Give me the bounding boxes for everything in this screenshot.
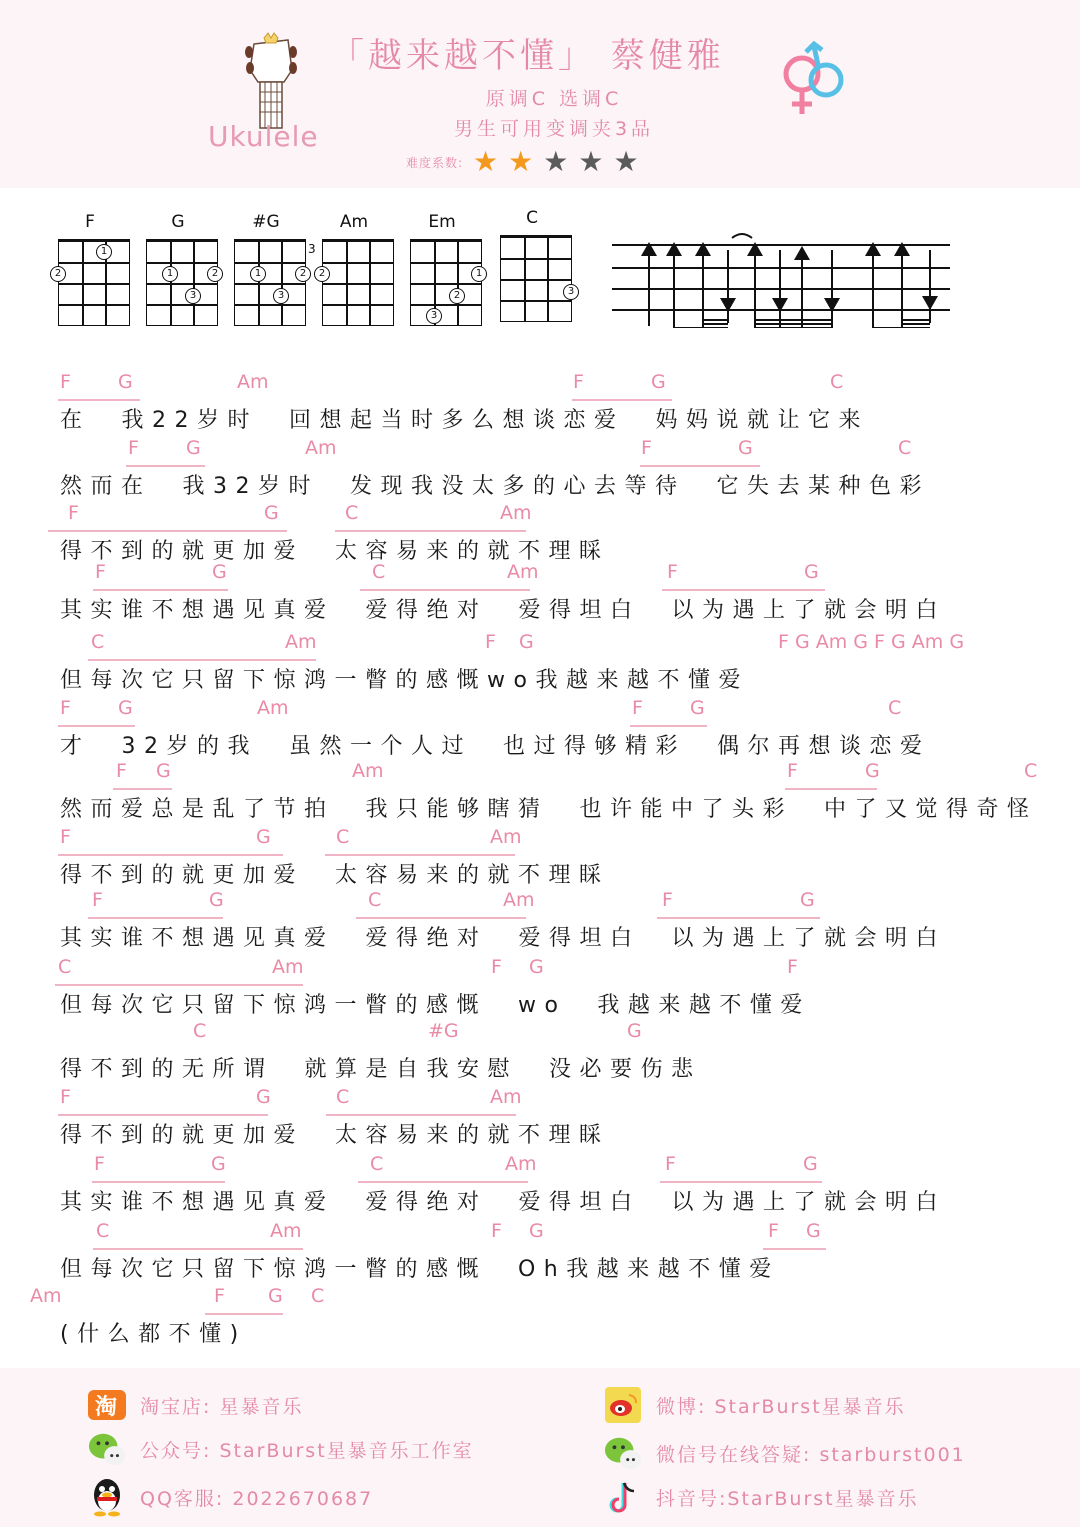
capo-info: 男生可用变调夹3品 xyxy=(14,114,1080,141)
chord-label: G xyxy=(519,631,534,653)
lyric-line: 得不到的就更加爱 太容易来的就不理睬 xyxy=(60,1118,610,1149)
lyric-line: 然而爱总是乱了节拍 我只能够瞎猜 也许能中了头彩 中了又觉得奇怪 xyxy=(60,792,1037,823)
chord-label: G xyxy=(211,1153,226,1175)
chord-label: Am xyxy=(505,1153,537,1175)
star-icon: ★ xyxy=(613,148,638,176)
lyric-line: 但每次它只留下惊鸿一瞥的感慨 Oh我越来越不懂爱 xyxy=(60,1252,780,1283)
finger-dot: 3 xyxy=(185,288,201,304)
chord-label: F xyxy=(768,1220,779,1242)
chord-name: Em xyxy=(402,212,482,232)
star-icon: ★ xyxy=(473,148,498,176)
qq-icon xyxy=(88,1478,126,1516)
contact-label: 淘宝店: 星暴音乐 xyxy=(140,1392,303,1419)
contact-douyin: 抖音号:StarBurst星暴音乐 xyxy=(604,1478,919,1516)
chord-label: C xyxy=(311,1285,324,1307)
chord-underline xyxy=(325,854,515,856)
chord-label: F xyxy=(485,631,496,653)
finger-dot: 1 xyxy=(96,244,112,260)
chord-underline xyxy=(58,1114,268,1116)
chord-name: F xyxy=(50,212,130,232)
chord-label: G xyxy=(738,437,753,459)
finger-dot: 3 xyxy=(426,308,442,324)
chord-label: #G xyxy=(428,1020,459,1042)
star-icon: ★ xyxy=(578,148,603,176)
chord-label: F xyxy=(214,1285,225,1307)
chord-diagrams: F 1 2 G 1 2 3 #G 1 2 3 3 Am xyxy=(50,212,610,332)
chord-underline xyxy=(763,1248,826,1250)
chord-label: G xyxy=(627,1020,642,1042)
sheet-header: Ukulele 「越来越不懂」 蔡健雅 原调C 选调C 男生可用变调夹3品 难度… xyxy=(0,0,1080,188)
chord-label: G xyxy=(804,561,819,583)
chord-underline xyxy=(785,788,877,790)
star-icon: ★ xyxy=(543,148,568,176)
douyin-icon xyxy=(604,1478,642,1516)
chord-label: Am xyxy=(285,631,317,653)
taobao-icon: 淘 xyxy=(88,1386,126,1424)
finger-dot: 2 xyxy=(50,266,66,282)
chord-diagram-gsharp: #G 1 2 3 3 xyxy=(226,212,306,327)
fretboard-grid: 1 2 3 xyxy=(410,239,482,326)
wechat-icon xyxy=(604,1434,642,1472)
chord-label: F xyxy=(68,502,79,524)
chord-label: C xyxy=(193,1020,206,1042)
fretboard-grid: 1 2 3 xyxy=(234,239,306,326)
chord-label: G xyxy=(209,889,224,911)
chord-label: F xyxy=(128,437,139,459)
chord-underline xyxy=(58,854,283,856)
chord-diagram-g: G 1 2 3 xyxy=(138,212,218,327)
svg-text:淘: 淘 xyxy=(95,1394,119,1420)
contact-wechat-official: 公众号: StarBurst星暴音乐工作室 xyxy=(88,1430,474,1468)
chord-label: G xyxy=(803,1153,818,1175)
chord-label: Am xyxy=(507,561,539,583)
chord-label: G xyxy=(156,760,171,782)
chord-label: Am xyxy=(237,371,269,393)
chord-label: C xyxy=(372,561,385,583)
wechat-icon xyxy=(88,1430,126,1468)
chord-label: Am xyxy=(257,697,289,719)
contact-taobao: 淘 淘宝店: 星暴音乐 xyxy=(88,1386,303,1424)
chord-label: G xyxy=(118,371,133,393)
chord-diagram-em: Em 1 2 3 xyxy=(402,212,482,327)
contact-qq: QQ客服: 2022670687 xyxy=(88,1478,373,1516)
chord-label: F xyxy=(95,561,106,583)
lyric-line: 得不到的无所谓 就算是自我安慰 没必要伤悲 xyxy=(60,1052,701,1083)
chord-label: G xyxy=(690,697,705,719)
chord-name: #G xyxy=(226,212,306,232)
contact-weibo: 微博: StarBurst星暴音乐 xyxy=(604,1386,906,1424)
chord-underline xyxy=(572,399,672,401)
chord-underline xyxy=(360,589,530,591)
chord-underline xyxy=(113,788,172,790)
finger-dot: 3 xyxy=(273,288,289,304)
chord-label: C xyxy=(370,1153,383,1175)
chord-underline xyxy=(356,917,526,919)
chord-underline xyxy=(657,917,820,919)
strum-pattern xyxy=(612,228,950,328)
fretboard-grid: 3 xyxy=(500,235,572,322)
chord-label: G xyxy=(529,956,544,978)
chord-label: C xyxy=(58,956,71,978)
chord-label: Am xyxy=(270,1220,302,1242)
chord-diagram-am: Am 2 xyxy=(314,212,394,327)
chord-underline xyxy=(662,589,825,591)
chord-underline xyxy=(205,1313,283,1315)
chord-label: Am xyxy=(352,760,384,782)
chord-label: F xyxy=(662,889,673,911)
finger-dot: 2 xyxy=(207,266,223,282)
chord-label: G xyxy=(529,1220,544,1242)
chord-label: F xyxy=(667,561,678,583)
lyric-line: 但每次它只留下惊鸿一瞥的感慨wo我越来越不懂爱 xyxy=(60,663,749,694)
chord-label: G xyxy=(256,826,271,848)
star-icon: ★ xyxy=(508,148,533,176)
chord-label: C xyxy=(345,502,358,524)
chord-underline xyxy=(335,530,526,532)
chord-label: F xyxy=(60,697,71,719)
chord-label: F xyxy=(491,1220,502,1242)
chord-label: F xyxy=(787,956,798,978)
chord-label: C xyxy=(898,437,911,459)
chord-underline xyxy=(58,399,140,401)
chord-label: Am xyxy=(30,1285,62,1307)
chord-label: F xyxy=(94,1153,105,1175)
chord-diagram-c: C 3 xyxy=(492,212,572,327)
chord-label: C xyxy=(1024,760,1037,782)
lyric-line: 然而在 我32岁时 发现我没太多的心去等待 它失去某种色彩 xyxy=(60,469,930,500)
chord-underline xyxy=(58,725,135,727)
chord-underline xyxy=(326,1114,516,1116)
chord-label: Am xyxy=(503,889,535,911)
chord-label: G xyxy=(212,561,227,583)
fretboard-grid: 2 xyxy=(322,239,394,326)
finger-dot: 2 xyxy=(314,266,330,282)
chord-label: G xyxy=(256,1086,271,1108)
fretboard-grid: 1 2 3 xyxy=(146,239,218,326)
lyric-line: 才 32岁的我 虽然一个人过 也过得够精彩 偶尔再想谈恋爱 xyxy=(60,729,930,760)
chord-underline xyxy=(93,589,228,591)
chord-label: G xyxy=(268,1285,283,1307)
finger-dot: 2 xyxy=(295,266,311,282)
sheet-footer: 淘 淘宝店: 星暴音乐 公众号: StarBurst星暴音乐工作室 QQ客服: … xyxy=(0,1368,1080,1527)
difficulty-rating: 难度系数: ★ ★ ★ ★ ★ xyxy=(406,148,639,176)
chord-label: Am xyxy=(305,437,337,459)
lyric-line: 得不到的就更加爱 太容易来的就不理睬 xyxy=(60,858,610,889)
contact-label: QQ客服: 2022670687 xyxy=(140,1484,373,1511)
lyric-line: (什么都不懂) xyxy=(60,1317,247,1348)
chord-label: F G Am G F G Am G xyxy=(778,631,964,653)
chord-label: C xyxy=(368,889,381,911)
chord-label: F xyxy=(573,371,584,393)
chord-underline xyxy=(88,659,316,661)
chord-name: Am xyxy=(314,212,394,232)
finger-dot: 1 xyxy=(162,266,178,282)
weibo-icon xyxy=(604,1386,642,1424)
chord-label: F xyxy=(116,760,127,782)
chord-label: F xyxy=(787,760,798,782)
chord-label: G xyxy=(806,1220,821,1242)
chord-label: G xyxy=(186,437,201,459)
contact-wechat-support: 微信号在线答疑: starburst001 xyxy=(604,1434,966,1472)
finger-dot: 2 xyxy=(449,288,465,304)
difficulty-label: 难度系数: xyxy=(406,154,463,171)
chord-label: F xyxy=(60,826,71,848)
lyric-line: 在 我22岁时 回想起当时多么想谈恋爱 妈妈说就让它来 xyxy=(60,403,869,434)
chord-diagram-f: F 1 2 xyxy=(50,212,130,327)
chord-label: Am xyxy=(490,1086,522,1108)
chord-label: F xyxy=(665,1153,676,1175)
contact-label: 微博: StarBurst星暴音乐 xyxy=(656,1392,906,1419)
finger-dot: 1 xyxy=(250,266,266,282)
chord-label: C xyxy=(96,1220,109,1242)
chord-label: F xyxy=(60,371,71,393)
chord-underline xyxy=(88,917,223,919)
chord-label: F xyxy=(641,437,652,459)
chord-label: C xyxy=(336,1086,349,1108)
chord-label: F xyxy=(60,1086,71,1108)
chord-label: G xyxy=(264,502,279,524)
chord-underline xyxy=(55,984,303,986)
chord-label: G xyxy=(651,371,666,393)
chord-label: Am xyxy=(490,826,522,848)
contact-label: 抖音号:StarBurst星暴音乐 xyxy=(656,1484,919,1511)
song-title: 「越来越不懂」 蔡健雅 xyxy=(330,28,725,77)
chord-label: C xyxy=(830,371,843,393)
chord-label: G xyxy=(865,760,880,782)
key-info: 原调C 选调C xyxy=(14,84,1080,111)
chord-label: F xyxy=(491,956,502,978)
chord-name: G xyxy=(138,212,218,232)
finger-dot: 1 xyxy=(471,266,487,282)
lyric-line: 其实谁不想遇见真爱 爱得绝对 爱得坦白 以为遇上了就会明白 xyxy=(60,593,946,624)
chord-label: F xyxy=(632,697,643,719)
chord-underline xyxy=(93,1248,303,1250)
chord-underline xyxy=(358,1181,528,1183)
contact-label: 公众号: StarBurst星暴音乐工作室 xyxy=(140,1436,474,1463)
chord-underline xyxy=(48,530,287,532)
chord-name: C xyxy=(492,208,572,228)
chord-underline xyxy=(660,1181,822,1183)
finger-dot: 3 xyxy=(563,284,579,300)
chord-label: Am xyxy=(500,502,532,524)
chord-label: Am xyxy=(272,956,304,978)
gender-symbol-icon xyxy=(776,40,856,120)
chord-underline xyxy=(92,1181,225,1183)
chord-label: C xyxy=(888,697,901,719)
lyric-line: 其实谁不想遇见真爱 爱得绝对 爱得坦白 以为遇上了就会明白 xyxy=(60,921,946,952)
fretboard-grid: 1 2 xyxy=(58,239,130,326)
lyric-line: 其实谁不想遇见真爱 爱得绝对 爱得坦白 以为遇上了就会明白 xyxy=(60,1185,946,1216)
chord-label: G xyxy=(118,697,133,719)
chord-label: F xyxy=(92,889,103,911)
lyric-line: 但每次它只留下惊鸿一瞥的感慨 wo 我越来越不懂爱 xyxy=(60,988,811,1019)
contact-label: 微信号在线答疑: starburst001 xyxy=(656,1440,966,1467)
chord-underline xyxy=(126,465,205,467)
chord-label: C xyxy=(91,631,104,653)
chord-label: G xyxy=(800,889,815,911)
chord-underline xyxy=(640,465,760,467)
chord-label: C xyxy=(336,826,349,848)
chord-underline xyxy=(630,725,707,727)
